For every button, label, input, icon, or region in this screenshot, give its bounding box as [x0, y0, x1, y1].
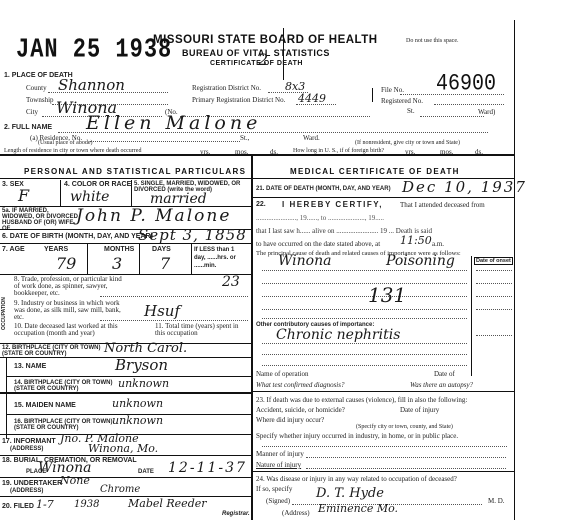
autopsy-label: Was there an autopsy?: [410, 381, 473, 389]
residence-ward-label: Ward.: [303, 134, 320, 142]
attended-from-to: ......................., 19......, to ..…: [256, 214, 384, 222]
residence-sub: (Usual place of abode): [38, 140, 92, 146]
physician-address: Eminence Mo.: [318, 502, 398, 515]
trade-label: 8. Trade, profession, or particular kind…: [14, 276, 124, 297]
accident-label: Accident, suicide, or homicide?: [256, 406, 345, 414]
ds-label: ds.: [270, 148, 278, 156]
undertaker-address-label: (ADDRESS): [10, 488, 43, 494]
dob-value: Sept 3, 1858: [138, 226, 247, 244]
age-months-label: MONTHS: [104, 246, 134, 253]
occupation-question: 24. Was disease or injury in any way rel…: [256, 475, 457, 483]
reg-district-label: Registration District No.: [192, 84, 261, 92]
margin-mark: 2: [258, 50, 268, 69]
undertaker-label: 19. UNDERTAKER: [2, 480, 62, 487]
personal-section-title: PERSONAL AND STATISTICAL PARTICULARS: [24, 167, 246, 176]
time-suffix: a.m.: [432, 240, 444, 248]
sex-value: F: [18, 186, 29, 205]
file-no-label: File No.: [381, 86, 404, 94]
operation-date-label: Date of: [434, 370, 455, 378]
center-divider: [251, 154, 253, 520]
last-worked-label: 10. Date deceased last worked at this oc…: [14, 323, 124, 337]
contributory-value: Chronic nephritis: [276, 327, 400, 343]
bureau-title: BUREAU OF VITAL STATISTICS: [182, 48, 330, 58]
injury-date-label: Date of injury: [400, 406, 439, 414]
maiden-name-label: 15. MAIDEN NAME: [14, 402, 76, 409]
dob-label: 6. DATE OF BIRTH (MONTH, DAY, AND YEAR): [2, 233, 153, 240]
industry-label: 9. Industry or business in which work wa…: [14, 300, 124, 321]
where-injury-label: Where did injury occur?: [256, 416, 324, 424]
time-of-death: 11:50: [400, 234, 432, 247]
age-months-value: 3: [112, 254, 122, 273]
total-time-label: 11. Total time (years) spent in this occ…: [155, 323, 245, 337]
foreign-birth-label: How long in U. S., if of foreign birth?: [293, 148, 384, 154]
color-label: 4. COLOR OR RACE: [64, 181, 131, 188]
test-label: What test confirmed diagnosis?: [256, 381, 344, 389]
physician-signature: D. T. Hyde: [316, 486, 384, 501]
certify-text: That I attended deceased from: [400, 201, 485, 209]
do-not-use-note: Do not use this space.: [406, 38, 459, 44]
dod-value: Dec 10, 1937: [402, 178, 527, 196]
where-injury-sub: (Specify city or town, county, and State…: [356, 424, 453, 430]
city-label: City: [26, 108, 38, 116]
father-birthplace-value: unknown: [118, 377, 169, 390]
cause-primary: Winona: [278, 253, 331, 269]
occupation-side-label: OCCUPATION: [1, 297, 7, 330]
informant-address-label: (ADDRESS): [10, 446, 43, 452]
section-divider: [0, 154, 514, 156]
age-days-value: 7: [160, 254, 170, 273]
medical-section-title: MEDICAL CERTIFICATE OF DEATH: [290, 167, 460, 176]
registered-no-label: Registered No.: [381, 97, 423, 105]
certify-label: I HEREBY CERTIFY,: [282, 200, 383, 209]
industry-value: Hsuf: [144, 302, 180, 320]
dod-label: 21. DATE OF DEATH (MONTH, DAY, AND YEAR): [256, 186, 391, 192]
informant-address-value: Winona, Mo.: [88, 442, 158, 455]
birthplace-label: 12. BIRTHPLACE (CITY OR TOWN) (STATE OR …: [2, 345, 102, 357]
length-of-residence-label: Length of residence in city or town wher…: [4, 148, 141, 154]
township-label: Township: [26, 96, 54, 104]
age-years-label: YEARS: [44, 246, 68, 253]
age-years-value: 79: [56, 254, 76, 273]
undertaker-value: None: [60, 474, 90, 487]
age-label: 7. AGE: [2, 246, 25, 253]
yrs-label: yrs.: [200, 148, 210, 156]
residence-st-label: St.,: [240, 134, 249, 142]
occurred-line: to have occurred on the date stated abov…: [256, 240, 380, 248]
spouse-value: John P. Malone: [76, 206, 231, 226]
primary-reg-label: Primary Registration District No.: [192, 96, 285, 104]
maiden-name-value: unknown: [112, 397, 163, 410]
cause-code: 131: [368, 283, 406, 307]
date-of-onset-label: Date of onset: [474, 257, 513, 265]
father-name-value: Bryson: [115, 356, 168, 374]
trade-mark: 23: [222, 274, 240, 290]
full-name-value: Ellen Malone: [86, 112, 261, 134]
primary-reg-value: 4449: [298, 92, 326, 105]
signed-label: (Signed): [266, 497, 290, 505]
ward-label: Ward): [478, 108, 495, 116]
full-name-label: 2. FULL NAME: [4, 124, 52, 131]
foreign-yrs: yrs.: [405, 148, 415, 156]
certify-num: 22.: [256, 201, 266, 208]
burial-date-value: 12-11-37: [168, 460, 247, 476]
external-causes-label: 23. If death was due to external causes …: [256, 396, 467, 404]
burial-date-label: DATE: [138, 469, 154, 475]
md-label: M. D.: [488, 497, 505, 505]
informant-label: 17. INFORMANT: [2, 438, 56, 445]
nature-label: Nature of injury: [256, 461, 301, 469]
specify-injury-label: Specify whether injury occurred in indus…: [256, 432, 458, 440]
cause-primary-b: Poisoning: [386, 253, 455, 269]
undertaker-address-value: Chrome: [100, 484, 140, 495]
board-title: MISSOURI STATE BOARD OF HEALTH: [153, 34, 378, 46]
filed-year: 1938: [74, 499, 99, 510]
birthplace-value: North Carol.: [104, 341, 187, 356]
county-value: Shannon: [58, 76, 125, 94]
foreign-mos: mos.: [440, 148, 453, 156]
if-so-specify-label: If so, specify: [256, 485, 292, 493]
right-border: [514, 20, 515, 520]
file-no-value: 46900: [436, 71, 496, 97]
less-than-day-label: If LESS than 1 day, ......hrs. or ......…: [194, 246, 246, 270]
county-label: County: [26, 84, 47, 92]
nonresident-note: (If nonresident, give city or town and S…: [355, 140, 460, 146]
father-name-label: 13. NAME: [14, 363, 46, 370]
foreign-ds: ds.: [475, 148, 483, 156]
age-days-label: DAYS: [152, 246, 171, 253]
registrar-label: Registrar.: [222, 511, 250, 517]
certificate-title: CERTIFICATE OF DEATH: [210, 60, 303, 67]
address-label: (Address): [282, 509, 310, 517]
registrar-signature: Mabel Reeder: [128, 497, 207, 510]
mother-birthplace-label: 16. BIRTHPLACE (CITY OR TOWN) (STATE OR …: [14, 419, 124, 431]
mother-birthplace-value: unknown: [112, 414, 163, 427]
mos-label: mos.: [235, 148, 248, 156]
received-date-stamp: JAN 25 1938: [16, 35, 172, 65]
filed-date: 1-7: [36, 498, 54, 511]
operation-label: Name of operation: [256, 370, 308, 378]
marital-value: married: [150, 191, 207, 207]
manner-label: Manner of injury: [256, 450, 304, 458]
father-birthplace-label: 14. BIRTHPLACE (CITY OR TOWN) (STATE OR …: [14, 380, 124, 392]
color-value: white: [70, 189, 109, 205]
filed-label: 20. FILED: [2, 503, 34, 510]
st-label: St.: [407, 107, 415, 115]
